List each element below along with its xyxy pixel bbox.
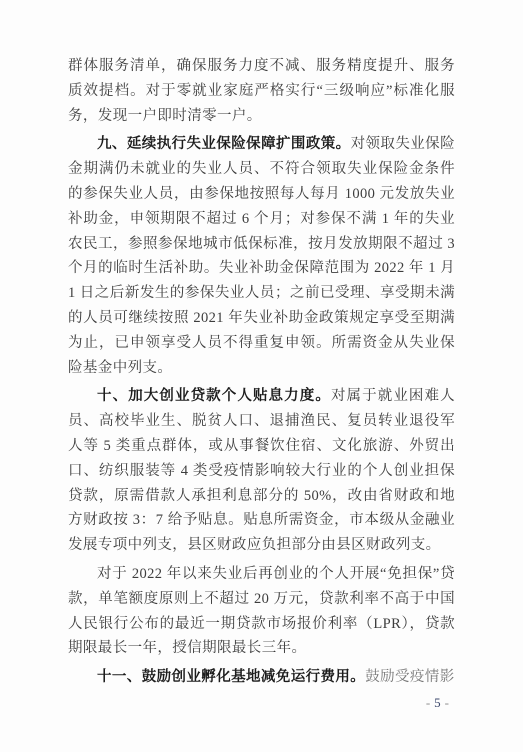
document-text-block: 群体服务清单，确保服务力度不减、服务精度提升、服务质效提档。对于零就业家庭严格实… (68, 54, 455, 694)
section-heading-9: 九、延续执行失业保险保障扩围政策。 (97, 136, 351, 152)
paragraph-text: 对属于就业困难人员、高校毕业生、脱贫人口、退捕渔民、复员转业退役军人等 5 类重… (68, 388, 455, 553)
page-number-left-dash: - (423, 695, 434, 710)
paragraph-text: 对于 2022 年以来失业后再创业的个人开展“免担保”贷款，单笔额度原则上不超过… (68, 566, 455, 656)
paragraph-text: 群体服务清单，确保服务力度不减、服务精度提升、服务质效提档。对于零就业家庭严格实… (68, 58, 455, 124)
section-heading-10: 十、加大创业贷款个人贴息力度。 (97, 388, 331, 404)
page-number: -5- (423, 694, 453, 712)
paragraph-continuation: 群体服务清单，确保服务力度不减、服务精度提升、服务质效提档。对于零就业家庭严格实… (68, 54, 455, 128)
paragraph-section-9: 九、延续执行失业保险保障扩围政策。对领取失业保险金期满仍未就业的失业人员、不符合… (68, 132, 455, 380)
page-number-right-dash: - (442, 695, 453, 710)
section-heading-11: 十一、鼓励创业孵化基地减免运行费用。 (97, 669, 365, 685)
page-number-digit: 5 (434, 695, 442, 710)
paragraph-section-10: 十、加大创业贷款个人贴息力度。对属于就业困难人员、高校毕业生、脱贫人口、退捕渔民… (68, 384, 455, 558)
paragraph-text: 对领取失业保险金期满仍未就业的失业人员、不符合领取失业保险金条件的参保失业人员，… (68, 136, 455, 375)
paragraph-section-11: 十一、鼓励创业孵化基地减免运行费用。鼓励受疫情影 (68, 665, 455, 690)
document-page: 群体服务清单，确保服务力度不减、服务精度提升、服务质效提档。对于零就业家庭严格实… (0, 0, 523, 752)
paragraph-text: 鼓励受疫情影 (365, 669, 454, 685)
paragraph-body: 对于 2022 年以来失业后再创业的个人开展“免担保”贷款，单笔额度原则上不超过… (68, 562, 455, 661)
